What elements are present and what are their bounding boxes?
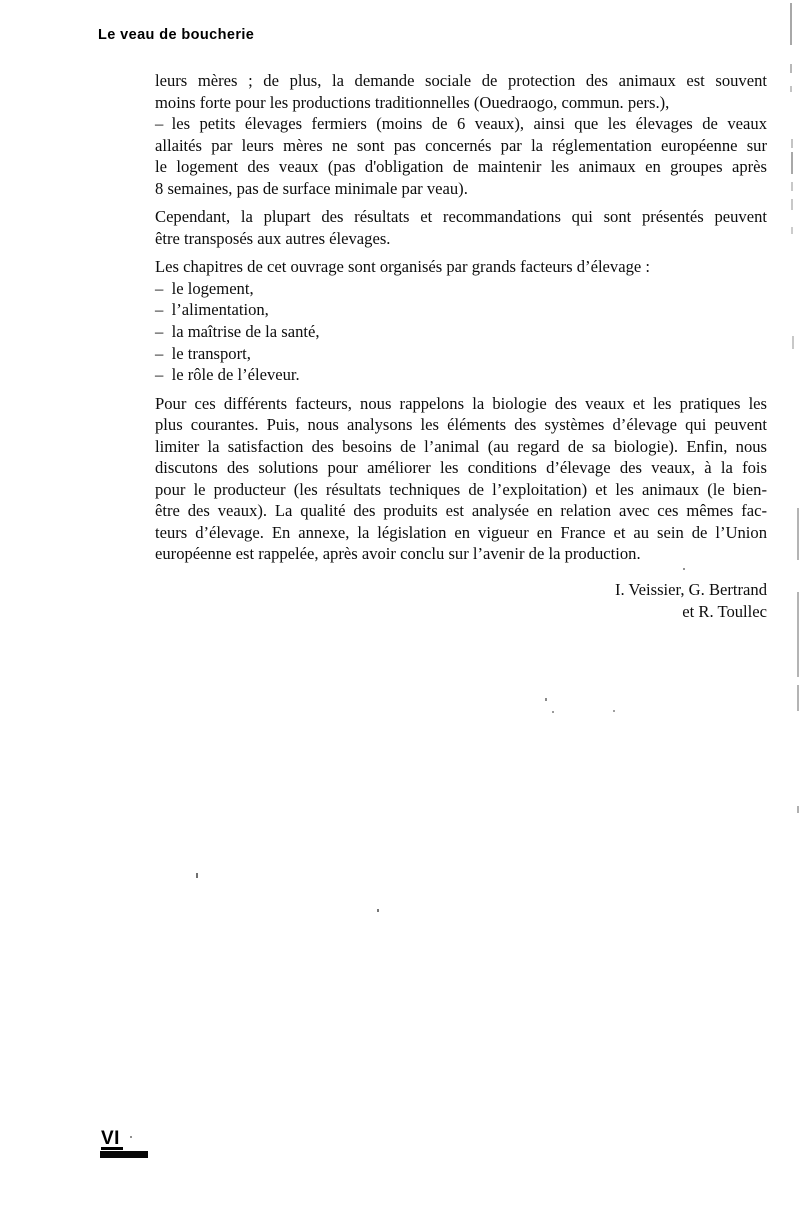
- text-line: plus courantes. Puis, nous analysons les…: [155, 414, 767, 436]
- scan-artifact: [791, 152, 793, 174]
- text-column: leurs mères ; de plus, la demande social…: [155, 70, 767, 622]
- scan-speck: [545, 698, 547, 701]
- scan-speck: [552, 711, 554, 713]
- paragraph: Pour ces différents facteurs, nous rappe…: [155, 393, 767, 565]
- text-line: limiter la satisfaction des besoins de l…: [155, 436, 767, 458]
- list-item: – le transport,: [155, 343, 767, 365]
- scan-speck: [377, 909, 379, 912]
- page-number-underline: [101, 1147, 123, 1150]
- text-line: européenne est rappelée, après avoir con…: [155, 543, 767, 565]
- scan-speck: [683, 568, 685, 570]
- list-item: – l’alimentation,: [155, 299, 767, 321]
- text-line: pour le producteur (les résultats techni…: [155, 479, 767, 501]
- running-header: Le veau de boucherie: [98, 27, 254, 43]
- text-line: le logement des veaux (pas d'obligation …: [155, 156, 767, 178]
- scan-artifact: [797, 806, 799, 813]
- page-number: VI: [101, 1130, 120, 1147]
- author-signature: I. Veissier, G. Bertrand et R. Toullec: [155, 579, 767, 622]
- scan-artifact: [797, 685, 799, 711]
- paragraph-with-list: Les chapitres de cet ouvrage sont organi…: [155, 256, 767, 385]
- text-line: allaités par leurs mères ne sont pas con…: [155, 135, 767, 157]
- paragraph-continuation: leurs mères ; de plus, la demande social…: [155, 70, 767, 199]
- text-line: teurs d’élevage. En annexe, la législati…: [155, 522, 767, 544]
- text-line: discutons des solutions pour améliorer l…: [155, 457, 767, 479]
- signature-line: I. Veissier, G. Bertrand: [155, 579, 767, 601]
- text-line: leurs mères ; de plus, la demande social…: [155, 70, 767, 92]
- scan-artifact: [797, 592, 799, 677]
- list-item: – le rôle de l’éleveur.: [155, 364, 767, 386]
- folio-bar: [100, 1151, 148, 1158]
- scan-artifact: [790, 86, 792, 92]
- text-line: 8 semaines, pas de surface minimale par …: [155, 178, 767, 200]
- text-line: Les chapitres de cet ouvrage sont organi…: [155, 256, 767, 278]
- scanned-book-page: Le veau de boucherie leurs mères ; de pl…: [0, 0, 800, 1218]
- list-item: – la maîtrise de la santé,: [155, 321, 767, 343]
- text-line: moins forte pour les productions traditi…: [155, 92, 767, 114]
- scan-artifact: [790, 64, 792, 73]
- list-item: – le logement,: [155, 278, 767, 300]
- text-line: – les petits élevages fermiers (moins de…: [155, 113, 767, 135]
- scan-artifact: [797, 508, 799, 560]
- scan-speck: [130, 1136, 132, 1138]
- text-line: Cependant, la plupart des résultats et r…: [155, 206, 767, 228]
- scan-speck: [196, 873, 198, 878]
- scan-speck: [613, 710, 615, 712]
- scan-artifact: [790, 3, 792, 45]
- signature-line: et R. Toullec: [155, 601, 767, 623]
- scan-artifact: [791, 227, 793, 234]
- scan-artifact: [791, 199, 793, 210]
- text-line: être transposés aux autres élevages.: [155, 228, 767, 250]
- paragraph: Cependant, la plupart des résultats et r…: [155, 206, 767, 249]
- scan-artifact: [791, 182, 793, 191]
- text-line: être des veaux). La qualité des produits…: [155, 500, 767, 522]
- text-line: Pour ces différents facteurs, nous rappe…: [155, 393, 767, 415]
- scan-artifact: [792, 336, 794, 349]
- scan-artifact: [791, 139, 793, 148]
